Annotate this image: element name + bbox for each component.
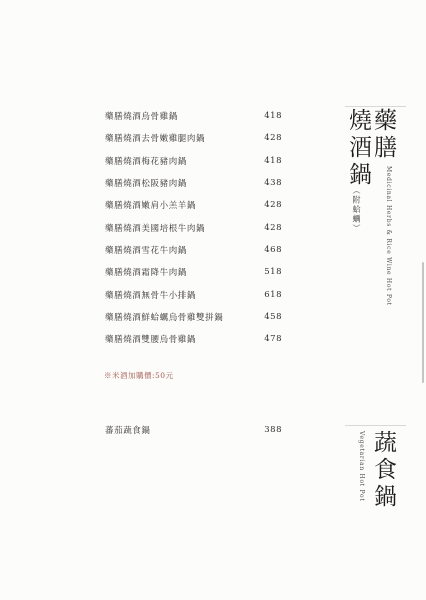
dish-name: 蕃茄蔬食鍋 bbox=[105, 424, 151, 436]
dish-price: 458 bbox=[264, 312, 282, 322]
dish-name: 藥膳燒酒松阪豬肉鍋 bbox=[105, 177, 187, 189]
dish-name: 藥膳燒酒雙腰烏骨雞鍋 bbox=[105, 333, 196, 345]
dish-price: 428 bbox=[264, 200, 282, 210]
menu-item-row: 藥膳燒酒雪花牛肉鍋 468 bbox=[105, 239, 282, 261]
section-title-medicinal-col1: 藥膳 bbox=[370, 108, 395, 162]
section-title-vegetarian: 蔬食鍋 bbox=[370, 430, 395, 511]
menu-item-row: 藥膳燒酒美國培根牛肉鍋 428 bbox=[105, 216, 282, 238]
dish-price: 518 bbox=[264, 267, 282, 277]
menu-page: 藥膳燒酒烏骨雞鍋 418 藥膳燒酒去骨嫩雞腿肉鍋 428 藥膳燒酒梅花豬肉鍋 4… bbox=[0, 0, 426, 600]
dish-name: 藥膳燒酒去骨嫩雞腿肉鍋 bbox=[105, 132, 205, 144]
menu-item-row: 藥膳燒酒雙腰烏骨雞鍋 478 bbox=[105, 328, 282, 350]
dish-name: 藥膳燒酒美國培根牛肉鍋 bbox=[105, 222, 205, 234]
menu-item-row: 藥膳燒酒無骨牛小排鍋 618 bbox=[105, 283, 282, 305]
dish-name: 藥膳燒酒嫩肩小羔羊鍋 bbox=[105, 199, 196, 211]
dish-price: 388 bbox=[264, 425, 282, 435]
dish-price: 428 bbox=[264, 223, 282, 233]
section-subtitle-clams-included: （附蛤蠣） bbox=[351, 186, 362, 234]
section-divider-rule bbox=[345, 106, 406, 107]
menu-item-row: 藥膳燒酒嫩肩小羔羊鍋 428 bbox=[105, 194, 282, 216]
dish-name: 藥膳燒酒梅花豬肉鍋 bbox=[105, 155, 187, 167]
medicinal-section-item-list: 藥膳燒酒烏骨雞鍋 418 藥膳燒酒去骨嫩雞腿肉鍋 428 藥膳燒酒梅花豬肉鍋 4… bbox=[105, 105, 282, 350]
menu-item-row: 蕃茄蔬食鍋 388 bbox=[105, 424, 282, 436]
menu-item-row: 藥膳燒酒松阪豬肉鍋 438 bbox=[105, 172, 282, 194]
menu-item-row: 藥膳燒酒烏骨雞鍋 418 bbox=[105, 105, 282, 127]
dish-price: 418 bbox=[264, 156, 282, 166]
dish-name: 藥膳燒酒烏骨雞鍋 bbox=[105, 110, 178, 122]
dish-price: 438 bbox=[264, 178, 282, 188]
rice-wine-addon-note: ※米酒加購價:50元 bbox=[104, 370, 174, 381]
section-title-medicinal-english: Medicinal Herbs & Rice Wine Hot Pot bbox=[385, 166, 392, 306]
dish-name: 藥膳燒酒無骨牛小排鍋 bbox=[105, 289, 196, 301]
dish-price: 418 bbox=[264, 111, 282, 121]
dish-name: 藥膳燒酒鮮蛤蠣烏骨雞雙拼鍋 bbox=[105, 311, 223, 323]
menu-item-row: 藥膳燒酒梅花豬肉鍋 418 bbox=[105, 150, 282, 172]
dish-name: 藥膳燒酒雪花牛肉鍋 bbox=[105, 244, 187, 256]
section-divider-rule bbox=[345, 425, 406, 426]
menu-item-row: 藥膳燒酒鮮蛤蠣烏骨雞雙拼鍋 458 bbox=[105, 306, 282, 328]
page-edge-line bbox=[422, 262, 424, 383]
section-title-vegetarian-english: Vegetarian Hot Pot bbox=[358, 431, 365, 501]
dish-price: 618 bbox=[264, 290, 282, 300]
dish-price: 468 bbox=[264, 245, 282, 255]
dish-price: 428 bbox=[264, 133, 282, 143]
dish-name: 藥膳燒酒霜降牛肉鍋 bbox=[105, 266, 187, 278]
menu-item-row: 藥膳燒酒霜降牛肉鍋 518 bbox=[105, 261, 282, 283]
dish-price: 478 bbox=[264, 334, 282, 344]
menu-item-row: 藥膳燒酒去骨嫩雞腿肉鍋 428 bbox=[105, 127, 282, 149]
section-title-medicinal-col2: 燒酒鍋 bbox=[345, 108, 370, 189]
